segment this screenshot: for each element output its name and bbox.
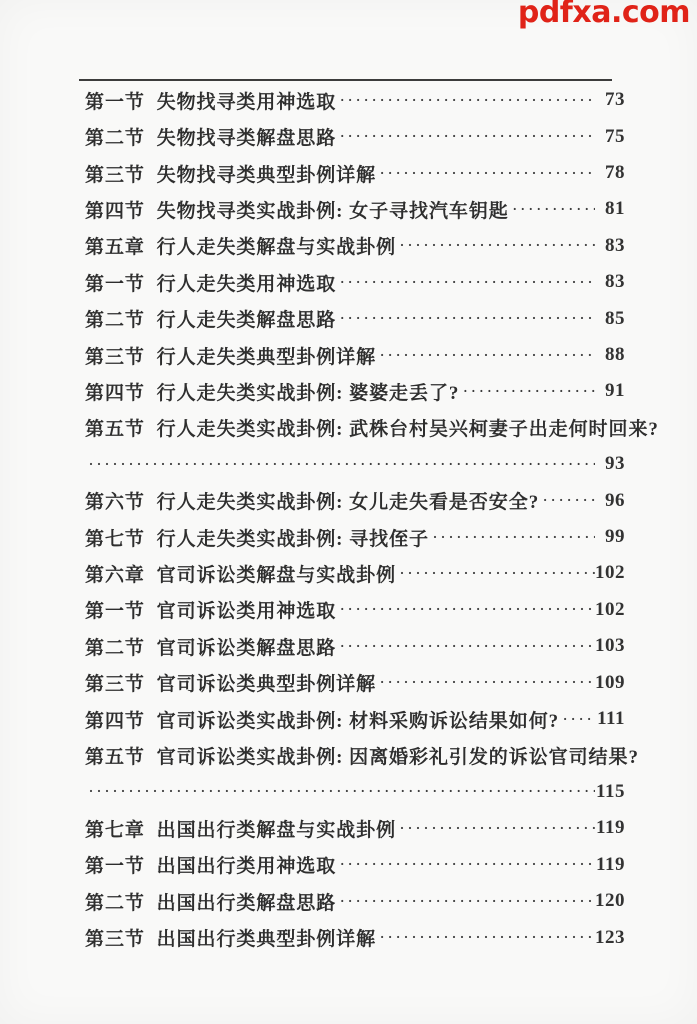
toc-page-number: 85 (595, 308, 625, 330)
toc-page-number: 91 (595, 380, 625, 402)
toc-entry-title: 官司诉讼类用神选取 (157, 596, 337, 623)
toc-leader-dots (559, 709, 595, 730)
toc-entry-label: 第二节 (85, 305, 145, 332)
toc-entry-label: 第一节 (85, 87, 145, 114)
toc-row: 第一节 官司诉讼类用神选取 102 (85, 592, 625, 628)
toc-entry-label: 第二节 (85, 123, 145, 150)
toc-entry-label: 第一节 (85, 596, 145, 623)
toc-entry-title: 行人走失类实战卦例: 武株台村吴兴柯妻子出走何时回来? (157, 414, 659, 441)
toc-leader-dots (376, 927, 595, 948)
header-divider (79, 79, 612, 81)
toc-row: 第六章 官司诉讼类解盘与实战卦例 102 (85, 555, 625, 591)
toc-entry-title: 官司诉讼类解盘与实战卦例 (157, 560, 396, 587)
toc-leader-dots (539, 490, 595, 511)
toc-entry-title: 官司诉讼类解盘思路 (157, 633, 337, 660)
toc-entry-label: 第三节 (85, 342, 145, 369)
toc-row: 第四节 官司诉讼类实战卦例: 材料采购诉讼结果如何? 111 (85, 701, 625, 737)
toc-leader-dots (336, 854, 595, 875)
toc-entry-title: 失物找寻类解盘思路 (157, 123, 337, 150)
toc-leader-dots (509, 199, 595, 220)
toc-page-number: 103 (595, 635, 625, 657)
toc-row: 第七节 行人走失类实战卦例: 寻找侄子 99 (85, 519, 625, 555)
toc-row: 第三节 出国出行类典型卦例详解 123 (85, 919, 625, 955)
toc-leader-dots (376, 163, 595, 184)
toc-leader-dots (429, 527, 595, 548)
table-of-contents: 第一节 失物找寻类用神选取 73 第二节 失物找寻类解盘思路 75 第三节 失物… (85, 82, 625, 956)
toc-entry-title: 失物找寻类典型卦例详解 (157, 160, 376, 187)
toc-entry-label: 第二节 (85, 633, 145, 660)
toc-entry-title: 行人走失类解盘与实战卦例 (157, 232, 396, 259)
toc-entry-label: 第四节 (85, 706, 145, 733)
toc-entry-label: 第四节 (85, 196, 145, 223)
toc-row: 第七章 出国出行类解盘与实战卦例 119 (85, 810, 625, 846)
toc-page-number: 83 (595, 235, 625, 257)
toc-row: 第六节 行人走失类实战卦例: 女儿走失看是否安全? 96 (85, 482, 625, 518)
toc-page-number: 81 (595, 198, 625, 220)
toc-entry-label: 第一节 (85, 269, 145, 296)
toc-row: 第一节 出国出行类用神选取 119 (85, 847, 625, 883)
toc-entry-title: 出国出行类解盘与实战卦例 (157, 815, 396, 842)
toc-entry-label: 第四节 (85, 378, 145, 405)
toc-entry-title: 行人走失类用神选取 (157, 269, 337, 296)
toc-page-number: 93 (595, 453, 625, 475)
toc-page-number: 102 (595, 599, 625, 621)
toc-page-number: 88 (595, 344, 625, 366)
toc-entry-label: 第六章 (85, 560, 145, 587)
toc-leader-dots (336, 599, 595, 620)
toc-entry-label: 第一节 (85, 851, 145, 878)
toc-row: 第二节 行人走失类解盘思路 85 (85, 300, 625, 336)
toc-row: 第一节 失物找寻类用神选取 73 (85, 82, 625, 118)
toc-row: 第三节 失物找寻类典型卦例详解 78 (85, 155, 625, 191)
toc-row: 第五章 行人走失类解盘与实战卦例 83 (85, 228, 625, 264)
toc-leader-dots (376, 672, 595, 693)
scanned-book-page: pdfxa.com 第一节 失物找寻类用神选取 73 第二节 失物找寻类解盘思路… (0, 0, 697, 1024)
toc-entry-title: 行人走失类实战卦例: 婆婆走丢了? (157, 378, 460, 405)
toc-entry-label: 第二节 (85, 888, 145, 915)
toc-row: 第二节 出国出行类解盘思路 120 (85, 883, 625, 919)
toc-page-number: 102 (595, 562, 625, 584)
toc-leader-dots (336, 891, 595, 912)
toc-row: 第二节 官司诉讼类解盘思路 103 (85, 628, 625, 664)
toc-row: 93 (85, 446, 625, 482)
toc-leader-dots (396, 563, 595, 584)
toc-leader-dots (396, 818, 595, 839)
toc-page-number: 99 (595, 526, 625, 548)
toc-entry-title: 行人走失类实战卦例: 女儿走失看是否安全? (157, 487, 540, 514)
toc-entry-title: 失物找寻类实战卦例: 女子寻找汽车钥匙 (157, 196, 509, 223)
toc-page-number: 109 (595, 672, 625, 694)
toc-row: 第四节 行人走失类实战卦例: 婆婆走丢了? 91 (85, 373, 625, 409)
toc-entry-label: 第三节 (85, 669, 145, 696)
toc-entry-label: 第七节 (85, 524, 145, 551)
toc-leader-dots (459, 381, 595, 402)
toc-leader-dots (336, 126, 595, 147)
toc-entry-title: 出国出行类用神选取 (157, 851, 337, 878)
toc-entry-title: 官司诉讼类实战卦例: 材料采购诉讼结果如何? (157, 706, 559, 733)
toc-row: 第二节 失物找寻类解盘思路 75 (85, 118, 625, 154)
toc-page-number: 119 (595, 854, 625, 876)
toc-entry-label: 第七章 (85, 815, 145, 842)
toc-entry-label: 第五节 (85, 742, 145, 769)
toc-entry-title: 出国出行类解盘思路 (157, 888, 337, 915)
toc-leader-dots (336, 90, 595, 111)
toc-page-number: 75 (595, 126, 625, 148)
toc-leader-dots (85, 454, 595, 475)
toc-page-number: 111 (595, 708, 625, 730)
toc-entry-label: 第三节 (85, 924, 145, 951)
toc-entry-title: 行人走失类解盘思路 (157, 305, 337, 332)
toc-row: 第三节 官司诉讼类典型卦例详解 109 (85, 665, 625, 701)
toc-entry-title: 官司诉讼类典型卦例详解 (157, 669, 376, 696)
toc-page-number: 96 (595, 490, 625, 512)
toc-leader-dots (376, 345, 595, 366)
toc-leader-dots (396, 235, 595, 256)
toc-entry-label: 第五节 (85, 414, 145, 441)
toc-entry-title: 失物找寻类用神选取 (157, 87, 337, 114)
toc-page-number: 73 (595, 89, 625, 111)
toc-entry-label: 第五章 (85, 232, 145, 259)
toc-leader-dots (85, 781, 595, 802)
toc-leader-dots (336, 308, 595, 329)
toc-entry-label: 第六节 (85, 487, 145, 514)
toc-row: 第四节 失物找寻类实战卦例: 女子寻找汽车钥匙 81 (85, 191, 625, 227)
toc-page-number: 119 (595, 817, 625, 839)
toc-entry-title: 官司诉讼类实战卦例: 因离婚彩礼引发的诉讼官司结果? (157, 742, 639, 769)
toc-entry-title: 行人走失类实战卦例: 寻找侄子 (157, 524, 429, 551)
toc-entry-label: 第三节 (85, 160, 145, 187)
watermark-text: pdfxa.com (518, 0, 690, 29)
toc-row: 第五节 官司诉讼类实战卦例: 因离婚彩礼引发的诉讼官司结果? (85, 737, 625, 773)
toc-page-number: 123 (595, 927, 625, 949)
toc-entry-title: 行人走失类典型卦例详解 (157, 342, 376, 369)
toc-row: 第三节 行人走失类典型卦例详解 88 (85, 337, 625, 373)
toc-page-number: 115 (595, 781, 625, 803)
toc-row: 第一节 行人走失类用神选取 83 (85, 264, 625, 300)
toc-leader-dots (336, 636, 595, 657)
toc-entry-title: 出国出行类典型卦例详解 (157, 924, 376, 951)
toc-row: 第五节 行人走失类实战卦例: 武株台村吴兴柯妻子出走何时回来? (85, 410, 625, 446)
toc-leader-dots (336, 272, 595, 293)
toc-page-number: 120 (595, 890, 625, 912)
toc-page-number: 78 (595, 162, 625, 184)
toc-page-number: 83 (595, 271, 625, 293)
toc-row: 115 (85, 774, 625, 810)
